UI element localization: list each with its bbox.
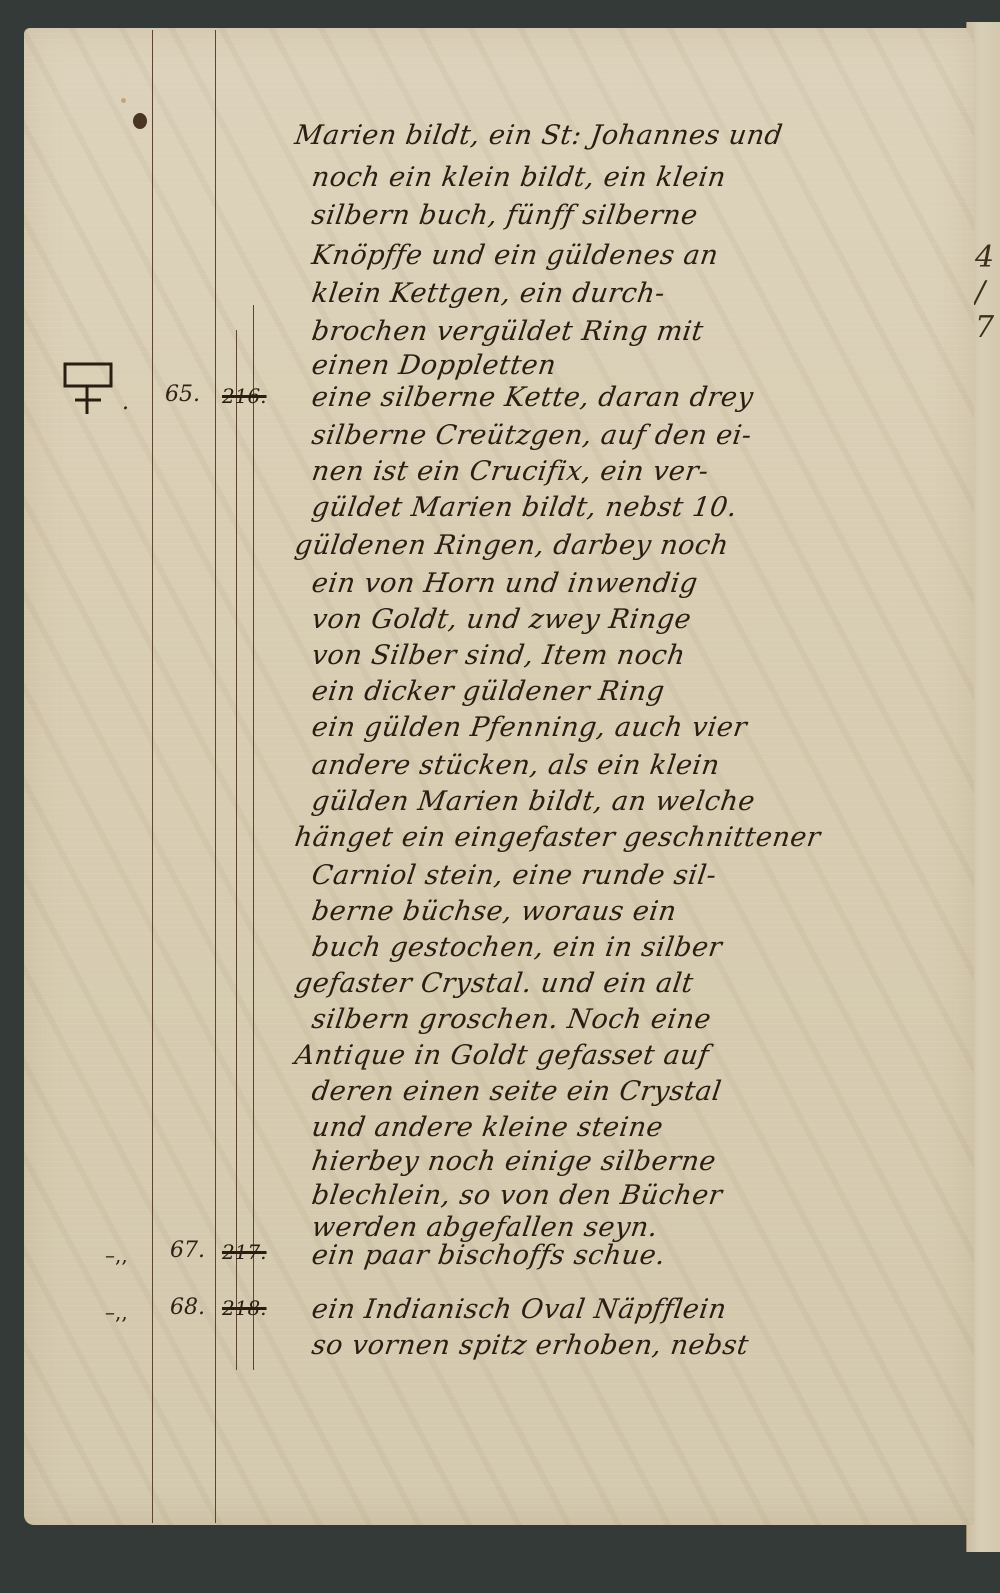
text-line: silbern groschen. Noch eine	[310, 1004, 713, 1035]
ink-blot	[133, 113, 147, 129]
text-line: ein gülden Pfenning, auch vier	[310, 712, 749, 743]
text-line: andere stücken, als ein klein	[310, 750, 722, 781]
text-line: hänget ein eingefaster geschnittener	[293, 822, 823, 853]
text-line: hierbey noch einige silberne	[310, 1146, 718, 1177]
text-line: gülden Marien bildt, an welche	[310, 786, 757, 817]
facing-page-mark: 4 / 7	[975, 240, 1000, 345]
margin-rule-number-column	[215, 30, 216, 1523]
margin-rule-left	[152, 30, 153, 1523]
struck-number-68: 218.	[222, 1296, 267, 1320]
margin-rule-inner-2	[253, 305, 254, 1370]
text-line: klein Kettgen, ein durch-	[310, 278, 667, 309]
text-line: güldenen Ringen, darbey noch	[293, 530, 731, 561]
text-line: brochen vergüldet Ring mit	[310, 316, 706, 347]
text-line: und andere kleine steine	[310, 1112, 665, 1143]
text-line: silbern buch, fünff silberne	[310, 200, 700, 231]
text-line: ein Indianisch Oval Näpfflein	[310, 1294, 729, 1325]
text-line: berne büchse, woraus ein	[310, 896, 679, 927]
margin-rule-inner-1	[236, 330, 237, 1370]
struck-number-67: 217.	[222, 1240, 267, 1264]
text-line: Antique in Goldt gefasset auf	[293, 1040, 711, 1071]
text-line: Marien bildt, ein St: Johannes und	[293, 120, 785, 151]
text-line: silberne Creützgen, auf den ei-	[310, 420, 754, 451]
text-line: nen ist ein Crucifix, ein ver-	[310, 456, 711, 487]
struck-number-65: 216.	[222, 384, 267, 408]
text-line: einen Doppletten	[310, 350, 558, 381]
text-line: deren einen seite ein Crystal	[310, 1076, 724, 1107]
entry-number-68: 68.	[170, 1295, 205, 1320]
text-line: Carniol stein, eine runde sil-	[310, 860, 719, 891]
text-line: eine silberne Kette, daran drey	[310, 382, 756, 413]
text-line: gefaster Crystal. und ein alt	[293, 968, 696, 999]
margin-dot: .	[122, 390, 129, 415]
margin-dash-68: –,,	[105, 1300, 128, 1324]
text-line: buch gestochen, ein in silber	[310, 932, 724, 963]
text-line: Knöpffe und ein güldenes an	[310, 240, 721, 271]
text-line: werden abgefallen seyn.	[310, 1212, 660, 1243]
entry-number-67: 67.	[170, 1238, 205, 1263]
text-line: von Goldt, und zwey Ringe	[310, 604, 694, 635]
text-line: güldet Marien bildt, nebst 10.	[310, 492, 739, 523]
text-line: ein paar bischoffs schue.	[310, 1240, 668, 1271]
entry-number-65: 65.	[165, 382, 200, 407]
text-line: ein dicker güldener Ring	[310, 676, 667, 707]
text-line: blechlein, so von den Bücher	[310, 1180, 725, 1211]
text-line: ein von Horn und inwendig	[310, 568, 700, 599]
gold-sign-icon	[59, 356, 119, 416]
text-line: noch ein klein bildt, ein klein	[310, 162, 728, 193]
margin-dash-67: –,,	[105, 1243, 128, 1267]
ink-spot	[121, 98, 126, 103]
text-line: von Silber sind, Item noch	[310, 640, 688, 671]
text-line: so vornen spitz erhoben, nebst	[310, 1330, 751, 1361]
